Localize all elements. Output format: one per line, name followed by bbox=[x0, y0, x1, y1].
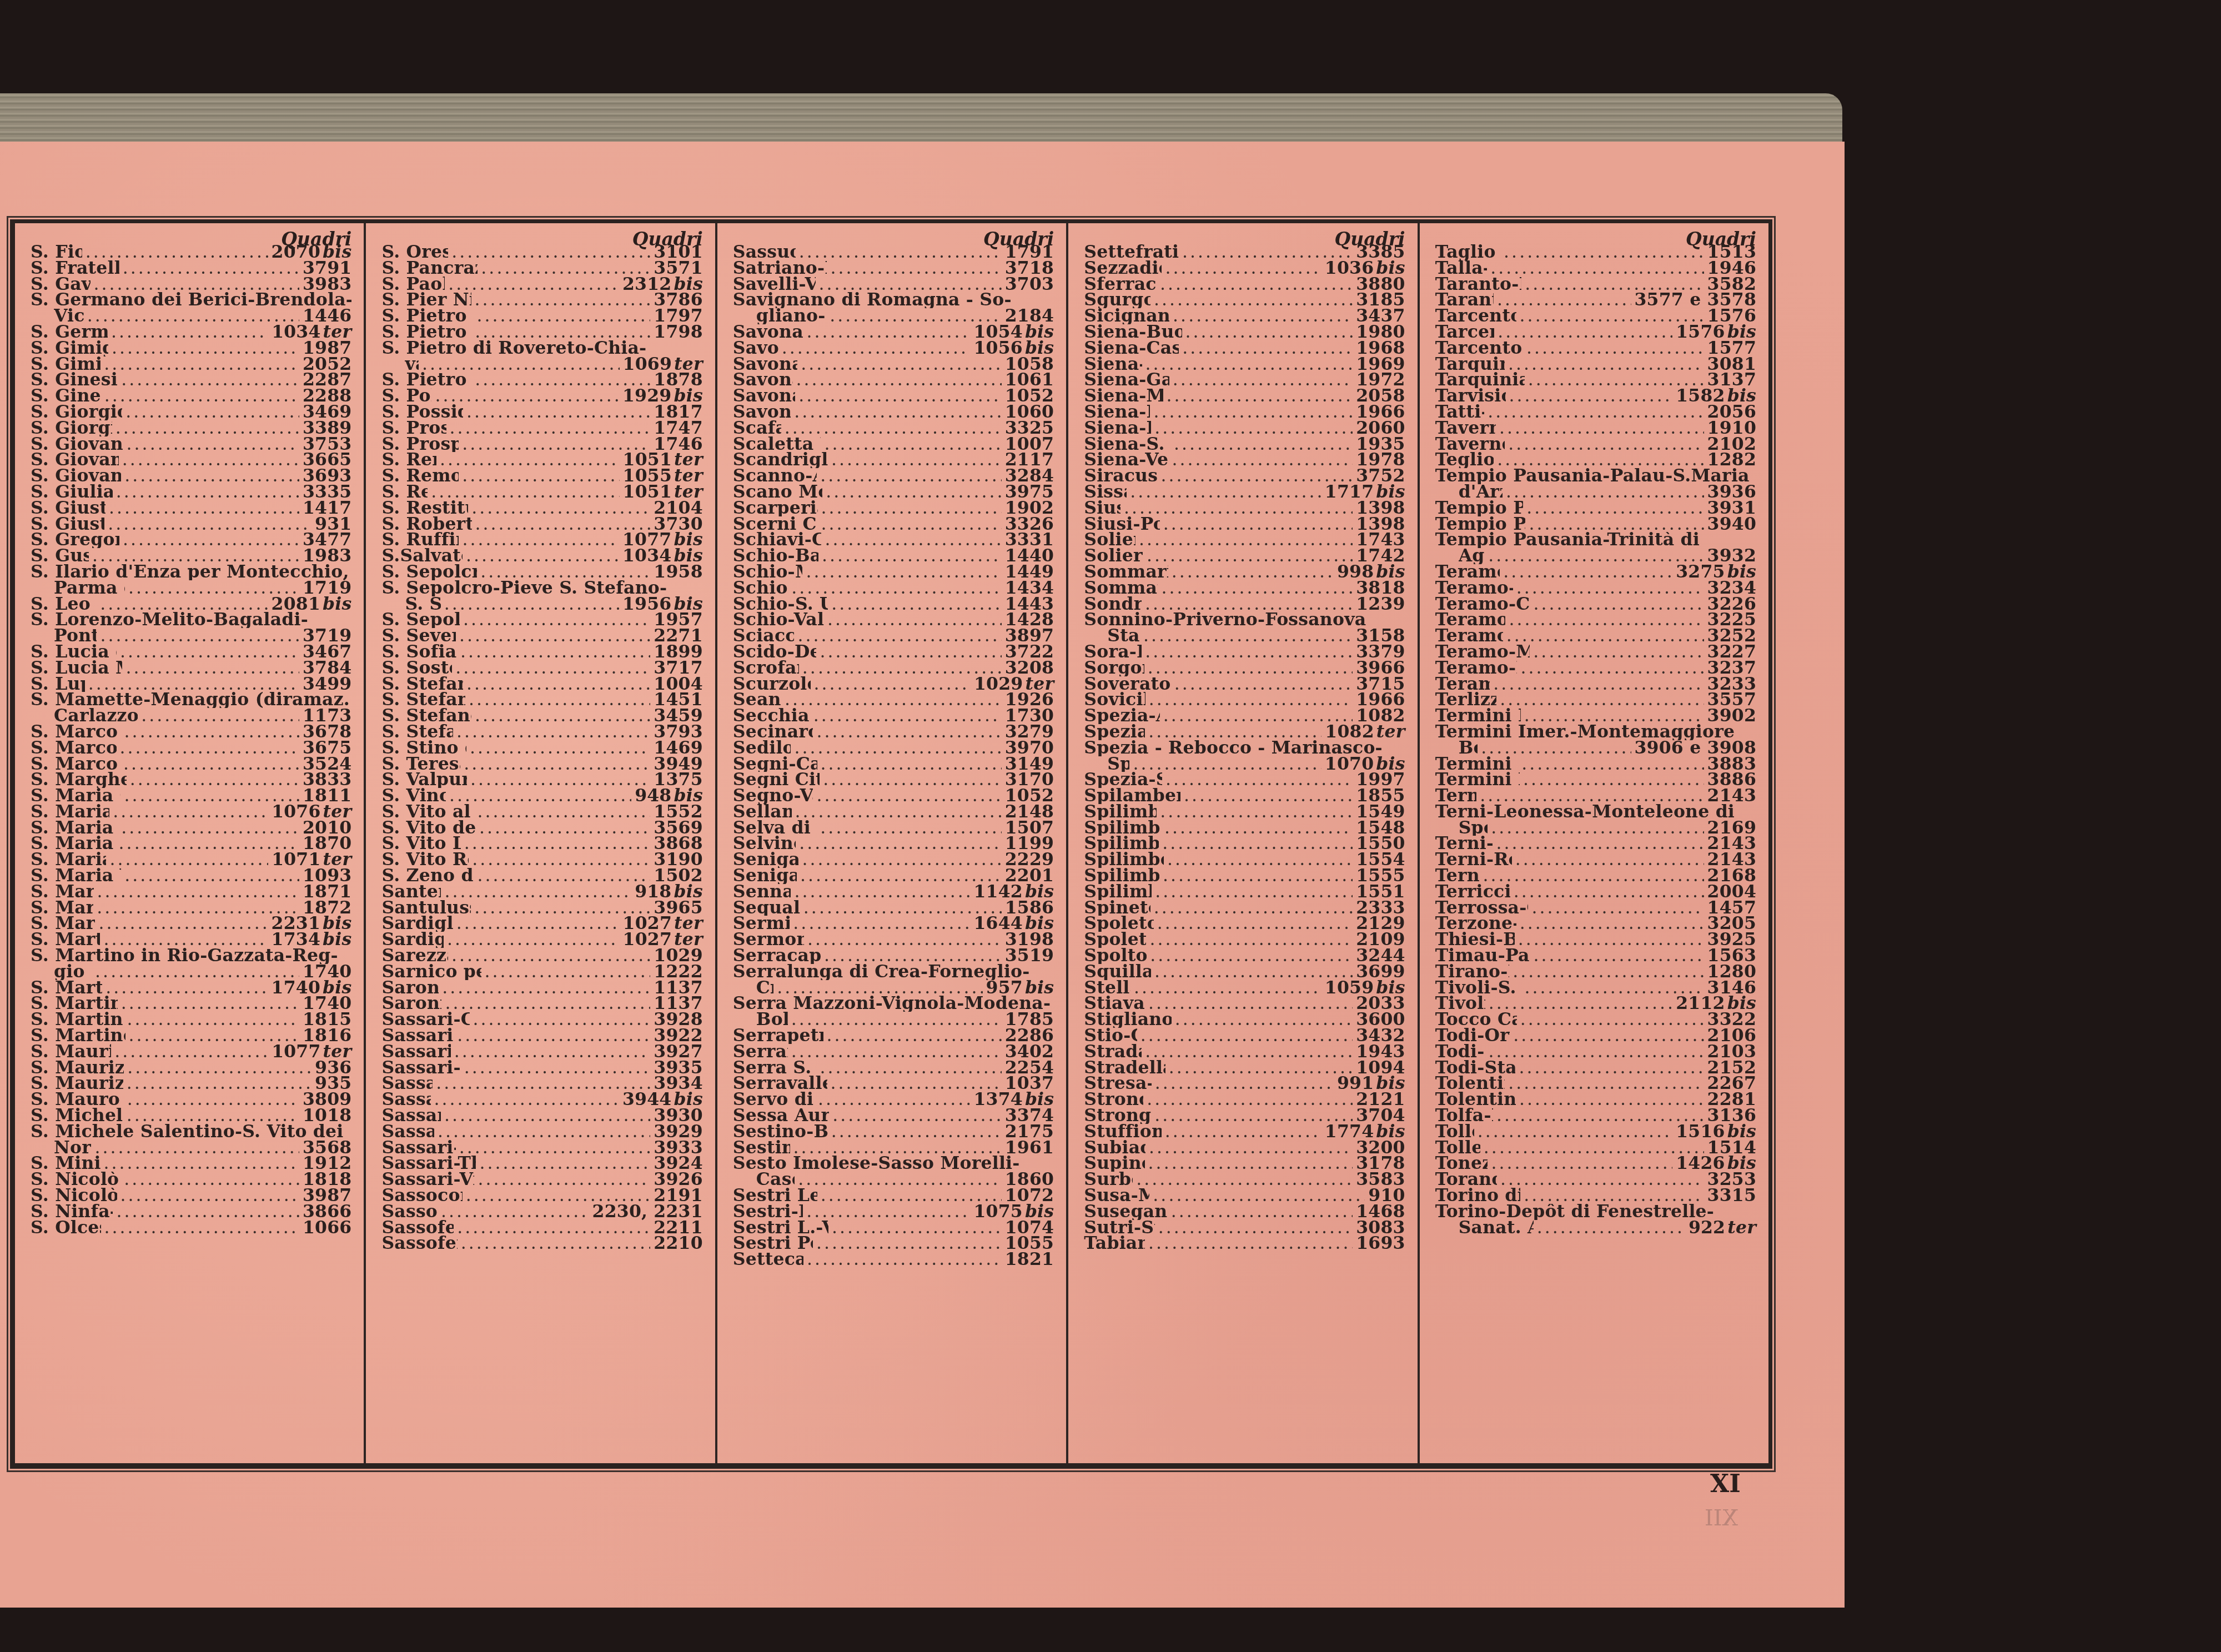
entry-name: Sestri-Levante-Chiavari bbox=[733, 1204, 803, 1220]
leader-dots bbox=[785, 692, 1002, 708]
entry-name: Soliera-Modena bbox=[1084, 548, 1143, 564]
leader-dots bbox=[1149, 1140, 1353, 1156]
leader-dots bbox=[1182, 340, 1353, 356]
leader-dots bbox=[806, 564, 1001, 580]
entry-name: Sassocorvaro-Mercatale bbox=[381, 1188, 462, 1204]
leader-dots bbox=[1148, 1236, 1353, 1252]
leader-dots bbox=[127, 1076, 311, 1092]
entry-name-continued: Sanat. Agnelli (Pra Catinat) bbox=[1459, 1220, 1534, 1236]
entry-name: Strada-Porrena bbox=[1084, 1044, 1142, 1060]
leader-dots bbox=[1491, 820, 1704, 836]
leader-dots bbox=[1509, 612, 1704, 628]
entry-name: Sassari-Chiaramonti bbox=[381, 1028, 454, 1044]
entry-name: Talla-Rassina bbox=[1435, 260, 1488, 277]
entry-name: S. Vito Romano-Genazzano bbox=[381, 852, 469, 868]
index-entry: Torino di Sangro-Stazione3315 bbox=[1435, 1188, 1756, 1204]
entry-name: Sgurgola-Stazione bbox=[1084, 292, 1150, 308]
entry-name: Schio-S. Ulderico-Bosco Tretto bbox=[733, 596, 828, 612]
leader-dots bbox=[98, 916, 268, 932]
leader-dots bbox=[1481, 740, 1631, 756]
leader-dots bbox=[444, 1108, 650, 1124]
leader-dots bbox=[831, 1124, 1002, 1140]
entry-name: Spezia-Albiano Magra bbox=[1084, 708, 1160, 724]
leader-dots bbox=[831, 596, 1002, 612]
leader-dots bbox=[1509, 388, 1673, 404]
leader-dots bbox=[1155, 884, 1353, 900]
entry-name: S. Prospero-Mirandola bbox=[381, 436, 459, 453]
leader-dots bbox=[92, 548, 299, 564]
entry-name: Tempio Pausania-Trinità di bbox=[1435, 532, 1700, 548]
entry-name: Tarcento-Vedronza bbox=[1435, 324, 1495, 340]
leader-dots bbox=[1149, 692, 1353, 708]
entry-name: S. Giovanni in Fiore-Cariati bbox=[31, 452, 119, 468]
leader-dots bbox=[791, 580, 1001, 596]
leader-dots bbox=[442, 980, 650, 996]
leader-dots bbox=[87, 308, 299, 324]
leader-dots bbox=[123, 260, 299, 277]
leader-dots bbox=[1480, 788, 1704, 804]
entry-name: Sorgono-Gadoni bbox=[1084, 660, 1144, 676]
entry-name: S. Remo-Nice bbox=[381, 484, 428, 500]
entry-name: Sassari-Villanova Monteleone bbox=[381, 1172, 474, 1188]
entry-name: Todi-Orvieto Stazione bbox=[1435, 1028, 1510, 1044]
index-entry: Savelli-Verzino-Strongoli3703 bbox=[733, 277, 1054, 293]
entry-name: Torino di Sangro-Stazione bbox=[1435, 1188, 1521, 1204]
entry-name: S. Michele-Pamparato e Viola bbox=[31, 1108, 123, 1124]
leader-dots bbox=[478, 1172, 650, 1188]
entry-name: Taglio di Po-Adria bbox=[1435, 244, 1500, 260]
leader-dots bbox=[1154, 292, 1353, 308]
leader-dots bbox=[464, 756, 650, 772]
leader-dots bbox=[120, 644, 299, 660]
leader-dots bbox=[103, 932, 268, 948]
entry-name: Serralunga di Crea-Forneglio- bbox=[733, 964, 1030, 980]
entry-name: Sissa-Parma bbox=[1084, 484, 1127, 500]
entry-name: S. Oreste-Stazione bbox=[381, 244, 448, 260]
entry-name-continued: Case Volta bbox=[756, 1172, 795, 1188]
entry-name: Schio-Valli Pasubio-Rovereto bbox=[733, 612, 824, 628]
leader-dots bbox=[1157, 916, 1353, 932]
entry-name: Settecani-Levizzano bbox=[733, 1252, 803, 1268]
entry-name: Sestri Ponente-Rivarolo bbox=[733, 1236, 813, 1252]
leader-dots bbox=[1145, 356, 1353, 373]
entry-name-continued: Spezia bbox=[1107, 756, 1129, 772]
leader-dots bbox=[450, 420, 651, 436]
entry-name: S. Martino in Rio-Reggio E bbox=[31, 996, 118, 1012]
index-entry: S. Gavino-Arbus3983 bbox=[31, 277, 351, 293]
leader-dots bbox=[105, 980, 268, 996]
entry-name: Scano Montif.-Tresnuraghes bbox=[733, 484, 822, 500]
entry-name: Sicignano-Sicignano Staz. bbox=[1084, 308, 1169, 324]
entry-name: Savona-Albissola-Ellera bbox=[733, 324, 803, 340]
leader-dots bbox=[462, 436, 650, 453]
entry-name: S. Sostene-Soverato bbox=[381, 660, 452, 676]
entry-name: S. Giovanni Gem.-Cammarata bbox=[31, 436, 123, 453]
index-entry: Surbo-Lecce3583 bbox=[1084, 1172, 1405, 1188]
leader-dots bbox=[456, 916, 620, 932]
entry-name: Savona-Cairo bbox=[733, 340, 778, 356]
entry-name: Sermoneta-Stazione bbox=[733, 932, 804, 948]
leader-dots bbox=[1496, 1108, 1704, 1124]
leader-dots bbox=[1533, 644, 1704, 660]
entry-name: Spilamberto-S.Cesario-Bologna bbox=[1084, 788, 1180, 804]
entry-name: S. Miniato-Stazione bbox=[31, 1156, 101, 1172]
entry-name: S. Maurizio-Front-Barbania bbox=[31, 1076, 123, 1092]
leader-dots bbox=[822, 548, 1002, 564]
leader-dots bbox=[785, 420, 1002, 436]
entry-name: Selvino-Bergamo bbox=[733, 836, 796, 852]
entry-name: Secinaro-Molina Aterno bbox=[733, 724, 813, 740]
leader-dots bbox=[1148, 660, 1353, 676]
entry-name: Sommatino-Canicattì bbox=[1084, 580, 1158, 596]
entry-name: Sonnino-Priverno-Fossanova bbox=[1084, 612, 1366, 628]
entry-name: Tolle-Adria bbox=[1435, 1124, 1474, 1140]
entry-name: Siena-S. Casciano-Firenze. bbox=[1084, 436, 1170, 453]
entry-table-number: 1082 bbox=[1325, 724, 1374, 740]
entry-name: S. Gusmè Siena bbox=[31, 548, 89, 564]
entry-name: Sassoferrato-Gubbio bbox=[381, 1220, 454, 1236]
leader-dots bbox=[124, 724, 299, 740]
leader-dots bbox=[459, 628, 650, 644]
entry-name: Teramo-Giulianova bbox=[1435, 628, 1503, 644]
entry-name: Tolentino Staz.-Sarnano bbox=[1435, 1092, 1516, 1108]
leader-dots bbox=[1153, 1188, 1365, 1204]
entry-name: Strongoli-Stazione bbox=[1084, 1108, 1151, 1124]
entry-name: S. Stino di Livenza-Caorle bbox=[381, 740, 466, 756]
leader-dots bbox=[793, 1140, 1002, 1156]
leader-dots bbox=[1496, 836, 1704, 852]
leader-dots bbox=[125, 404, 299, 420]
entry-name: Terni-Piediluco bbox=[1435, 836, 1493, 852]
entry-name: Spilimbergo-Pordenone bbox=[1084, 852, 1164, 868]
entry-name: Tolfa-Manziana bbox=[1435, 1108, 1493, 1124]
leader-dots bbox=[127, 1092, 299, 1108]
leader-dots bbox=[1497, 452, 1704, 468]
leader-dots bbox=[1493, 676, 1704, 692]
entry-name: Scandriglia-Fara Montelibretti bbox=[733, 452, 828, 468]
leader-dots bbox=[120, 1188, 299, 1204]
entry-name: Saronno-Milano bbox=[381, 996, 441, 1012]
leader-dots bbox=[1163, 516, 1353, 533]
entry-name: Sermide-Mantova bbox=[733, 916, 790, 932]
entry-name: Supino-Stazione bbox=[1084, 1156, 1144, 1172]
leader-dots bbox=[1488, 548, 1704, 564]
entry-name: Siusi-Ponte all' Isarco bbox=[1084, 516, 1159, 533]
leader-dots bbox=[1143, 628, 1353, 644]
leader-dots bbox=[462, 468, 619, 484]
entry-name: Sassari-Ottava bbox=[381, 1092, 430, 1108]
entry-name: Stuffione Passo-Mirandola. bbox=[1084, 1124, 1162, 1140]
entry-name: S. Fiora-Sorano bbox=[31, 244, 82, 260]
leader-dots bbox=[814, 676, 971, 692]
index-entry: S. Lupo-Telese3499 bbox=[31, 676, 351, 692]
leader-dots bbox=[820, 1060, 1001, 1076]
leader-dots bbox=[444, 884, 631, 900]
entry-name: Tempio P.-Terranova Marina. bbox=[1435, 516, 1526, 533]
leader-dots bbox=[121, 996, 299, 1012]
entry-name: S. Sepolcro-Verghereto bbox=[381, 612, 460, 628]
entry-table-number: 1239 bbox=[1356, 596, 1405, 612]
entry-name: S. Martino in Rio-Carpi bbox=[31, 932, 100, 948]
leader-dots bbox=[802, 852, 1001, 868]
entry-name: S. Stefano Cadore-Padola bbox=[381, 692, 465, 708]
leader-dots bbox=[794, 884, 970, 900]
entry-name: S. Pietro di Rovereto-Chia- bbox=[381, 340, 646, 356]
leader-dots bbox=[1130, 484, 1321, 500]
entry-name: Serracapriola-Chieuti Staz. bbox=[733, 948, 821, 964]
entry-name: Siena-Chiusure bbox=[1084, 356, 1142, 373]
leader-dots bbox=[1139, 532, 1353, 548]
leader-dots bbox=[1521, 756, 1704, 772]
leader-dots bbox=[1124, 500, 1353, 516]
entry-name: Savelli-Verzino-Strongoli bbox=[733, 277, 816, 293]
leader-dots bbox=[104, 388, 299, 404]
entry-name: Tivoli-S. Polo dei Cavalieri bbox=[1435, 980, 1521, 996]
leader-dots bbox=[1161, 580, 1353, 596]
leader-dots bbox=[1483, 868, 1704, 884]
leader-dots bbox=[1533, 948, 1704, 964]
entry-name: Siusi-Fiè bbox=[1084, 500, 1120, 516]
entry-name: S. Maria del Piano-Rimini bbox=[31, 836, 115, 852]
leader-dots bbox=[1518, 932, 1704, 948]
index-entry: S. Martino in Rio-Carpi1734bis bbox=[31, 932, 351, 948]
entry-name: S. Maurizio ai Monti-Rapallo bbox=[31, 1044, 111, 1060]
entry-name: S. Lorenzo-Melito-Bagaladi- bbox=[31, 612, 308, 628]
entry-name: Tivoli-Stazione bbox=[1435, 996, 1485, 1012]
index-entry: Sassoferrato-Stazione2210 bbox=[381, 1236, 702, 1252]
leader-dots bbox=[130, 772, 299, 788]
entry-name: S. Vincent Stazione bbox=[381, 788, 446, 804]
leader-dots bbox=[799, 244, 1002, 260]
entry-name: S. Ruffino di Leivi-Chiavari bbox=[381, 532, 459, 548]
leader-dots bbox=[438, 1124, 650, 1140]
entry-name: Sciacca-Palermo bbox=[733, 628, 795, 644]
entry-name: Segni-Carpineto-Priverno bbox=[733, 756, 817, 772]
entry-name: Sondrio-Chiesa bbox=[1084, 596, 1142, 612]
leader-dots bbox=[1503, 564, 1672, 580]
leader-dots bbox=[478, 804, 651, 820]
entry-name: Subiaco-Serrone bbox=[1084, 1140, 1145, 1156]
leader-dots bbox=[1514, 884, 1704, 900]
entry-name: Sassari-Castelsardo-Laerru bbox=[381, 1012, 469, 1028]
entry-name: S. Mauro Castelverde-Pollina. bbox=[31, 1092, 124, 1108]
entry-name: Savignano di Romagna - So- bbox=[733, 292, 1012, 308]
leader-dots bbox=[1524, 1188, 1704, 1204]
entry-name: Serrara-Ischia bbox=[733, 1044, 788, 1060]
leader-dots bbox=[127, 1060, 311, 1076]
leader-dots bbox=[95, 964, 299, 980]
entry-name: S. Vito Lo Capo-Trapani bbox=[381, 836, 460, 852]
entry-name: Teramo-Montorio al V.-Castelli bbox=[1435, 644, 1530, 660]
entry-name: Tempio Pausania-Palau-S.Maria bbox=[1435, 468, 1750, 484]
entry-table-number: 1983 bbox=[303, 548, 351, 564]
leader-dots bbox=[123, 532, 299, 548]
entry-name: Scanno-Anversa-Sulmona bbox=[733, 468, 817, 484]
index-column-3: QuadriSassuolo-Vignola1791Satriano-Davol… bbox=[717, 223, 1068, 1463]
leader-dots bbox=[827, 612, 1002, 628]
leader-dots bbox=[88, 676, 299, 692]
entry-name: S. Lucia Mela-S.Filippo Archi bbox=[31, 660, 122, 676]
entry-name: Settefrati-Settefrati Bivio Vico bbox=[1084, 244, 1179, 260]
entry-name: Sassari-Thiesi-Pozzomaggiore. bbox=[381, 1156, 476, 1172]
leader-dots bbox=[1500, 692, 1704, 708]
entry-name: Spoltore-Pescara bbox=[1084, 948, 1147, 964]
leader-dots bbox=[141, 708, 299, 724]
entry-name: Torino-Depôt di Fenestrelle- bbox=[1435, 1204, 1714, 1220]
leader-dots bbox=[104, 1220, 299, 1236]
leader-dots bbox=[112, 340, 299, 356]
entry-name: Sferracavallo-Capaci bbox=[1084, 277, 1157, 293]
entry-name: Stio-Capaccio bbox=[1084, 1028, 1137, 1044]
leader-dots bbox=[799, 836, 1002, 852]
leader-dots bbox=[434, 1092, 619, 1108]
entry-table-number: 1077 bbox=[272, 1044, 320, 1060]
entry-name: Torano-Tortoreto bbox=[1435, 1172, 1497, 1188]
leader-dots bbox=[1504, 244, 1704, 260]
leader-dots bbox=[120, 740, 299, 756]
leader-dots bbox=[473, 1012, 651, 1028]
entry-table-number: 1693 bbox=[1356, 1236, 1405, 1252]
entry-name-continued: S. Sepolcro bbox=[405, 596, 440, 612]
entry-name-continued: gliano-S. Agata Feltria bbox=[756, 308, 826, 324]
entry-name: Sassari-Sennori bbox=[381, 1108, 441, 1124]
leader-dots bbox=[464, 1060, 651, 1076]
leader-dots bbox=[824, 948, 1002, 964]
index-entry: Sondrio-Chiesa1239 bbox=[1084, 596, 1405, 612]
entry-name: Sardigliano-Novi Ligure bbox=[381, 916, 453, 932]
index-entry: S. Sepolcro-Mercatino Marecc.1958 bbox=[381, 564, 702, 580]
entry-name: Schio-Malo-Vicenza bbox=[733, 564, 803, 580]
leader-dots bbox=[436, 1076, 650, 1092]
entry-table-number: 3902 bbox=[1707, 708, 1756, 724]
entry-name: S. Ninfa-Salemi Stazione bbox=[31, 1204, 113, 1220]
entry-name-continued: Ponte Jelasi bbox=[54, 628, 97, 644]
leader-dots bbox=[451, 244, 650, 260]
entry-table-number: 3519 bbox=[1005, 948, 1054, 964]
entry-name: S. Polo Firenze bbox=[381, 388, 431, 404]
leader-dots bbox=[823, 772, 1001, 788]
entry-table-number: 2081 bbox=[272, 596, 320, 612]
index-table-frame: QuadriS. Fiora-Sorano2070bisS. Fratello-… bbox=[10, 219, 1772, 1469]
leader-dots bbox=[803, 900, 1002, 916]
entry-table-number: 3703 bbox=[1005, 277, 1054, 293]
leader-dots bbox=[124, 1172, 299, 1188]
leader-dots bbox=[818, 1092, 971, 1108]
leader-dots bbox=[1523, 772, 1704, 788]
leader-dots bbox=[466, 404, 650, 420]
entry-name: Teglio-Tresenda bbox=[1435, 452, 1494, 468]
entry-name: Serravalle Scrivia-Cabella Lig. bbox=[733, 1076, 827, 1092]
entry-name: Terni-Cesi bbox=[1435, 788, 1477, 804]
entry-name: Thiesi-Borutta-Torralba bbox=[1435, 932, 1515, 948]
entry-name: Sutri-Stazione Sutri bbox=[1084, 1220, 1155, 1236]
leader-dots bbox=[459, 1140, 651, 1156]
leader-dots bbox=[807, 1252, 1002, 1268]
leader-dots bbox=[1147, 548, 1353, 564]
leader-dots bbox=[466, 676, 650, 692]
entry-name: S. Pietro Capofiume-Bologna bbox=[381, 308, 473, 324]
entry-name: Sardigliano-Tortona bbox=[381, 932, 443, 948]
entry-name: Savona-Santuario bbox=[733, 356, 797, 373]
entry-name: Scido-Delianova-Bagnara bbox=[733, 644, 817, 660]
leader-dots bbox=[826, 484, 1002, 500]
entry-name: Stresa-Borgomanero bbox=[1084, 1076, 1152, 1092]
leader-dots bbox=[104, 1156, 299, 1172]
index-entry: S. Michele-Pamparato e Viola1018 bbox=[31, 1108, 351, 1124]
entry-name: Teramo-Fustagnano bbox=[1435, 612, 1506, 628]
leader-dots bbox=[1162, 836, 1353, 852]
entry-name: Savona-Varazze bbox=[733, 404, 791, 420]
leader-dots bbox=[1506, 484, 1704, 500]
entry-name: S. Maria Versa-Castel S. Gio. bbox=[31, 868, 121, 884]
leader-dots bbox=[801, 356, 1002, 373]
leader-dots bbox=[1498, 324, 1672, 340]
leader-dots bbox=[449, 788, 631, 804]
leader-dots bbox=[94, 1140, 299, 1156]
entry-name: Termini Imerese-Petralia bbox=[1435, 756, 1519, 772]
index-entry: S. Pietro Capofiume-Ferrara1798 bbox=[381, 324, 702, 340]
leader-dots bbox=[797, 628, 1001, 644]
entry-name: Sellano-Foligno bbox=[733, 804, 792, 820]
entry-name: Timau-Paluzza-Treppo Garnico bbox=[1435, 948, 1530, 964]
entry-name: S. Gregorio Magno-Buccino bbox=[31, 532, 119, 548]
leader-dots bbox=[457, 1220, 650, 1236]
entry-name: S. Stefano Belbo-Canelli bbox=[381, 676, 463, 692]
leader-dots bbox=[121, 372, 299, 388]
entry-name: Spilimbergo-Tramonti bbox=[1084, 868, 1159, 884]
entry-name: Sestino-Urbino bbox=[733, 1140, 790, 1156]
entry-name-continued: Vicenza bbox=[54, 308, 84, 324]
entry-name: Senigallia-Pesaro bbox=[733, 868, 797, 884]
entry-name: S. Nicolò (Argenta)-Bologna bbox=[31, 1172, 120, 1188]
entry-name: Sassoferrato-Stazione bbox=[381, 1236, 457, 1252]
index-entry: S. Gusmè Siena1983 bbox=[31, 548, 351, 564]
entry-name-continued: Spoleto bbox=[1459, 820, 1488, 836]
entry-name: S. Martino in Spino-Bondeno. bbox=[31, 1012, 123, 1028]
entry-name: Terni-Rocca S. Zenone bbox=[1435, 852, 1512, 868]
book-page-edges bbox=[0, 93, 1842, 144]
leader-dots bbox=[1497, 292, 1631, 308]
entry-name: Siena-Radicondoli bbox=[1084, 404, 1150, 420]
entry-name: Termini Imerese-Caccamo bbox=[1435, 708, 1521, 724]
entry-table-number: 1821 bbox=[1005, 1252, 1054, 1268]
leader-dots bbox=[1164, 820, 1353, 836]
entry-name: Siena-Gaiole-Montevarchi bbox=[1084, 372, 1169, 388]
entry-name: Terlizzi-Molfetta bbox=[1435, 692, 1497, 708]
leader-dots bbox=[1136, 1172, 1353, 1188]
entry-name: S. Ginesio-Tolentino bbox=[31, 388, 101, 404]
leader-dots bbox=[431, 484, 619, 500]
entry-name: Terni-Leonessa-Monteleone di bbox=[1435, 804, 1735, 820]
entry-name: Spezia-Portovenere bbox=[1084, 724, 1145, 740]
entry-name: Servo di Sovramonte-Fonzaso bbox=[733, 1092, 815, 1108]
leader-dots bbox=[1167, 852, 1353, 868]
entry-name: S. Maria del Campo-Rapallo bbox=[31, 804, 109, 820]
leader-dots bbox=[1185, 324, 1353, 340]
entry-name: Spezia-Sarzana-Avenza bbox=[1084, 772, 1162, 788]
leader-dots bbox=[1184, 788, 1353, 804]
leader-dots bbox=[113, 804, 268, 820]
entry-name: S. Mamette-Menaggio (diramaz. bbox=[31, 692, 350, 708]
entry-name: S. Michele Salentino-S. Vito dei bbox=[31, 1124, 343, 1140]
entry-name: Tarquinia-Porto Clementino bbox=[1435, 372, 1525, 388]
entry-name: Secchia-Reggio Emilia bbox=[733, 708, 810, 724]
leader-dots bbox=[795, 804, 1002, 820]
entry-name: S. Lupo-Telese bbox=[31, 676, 85, 692]
leader-dots bbox=[1145, 1044, 1353, 1060]
leader-dots bbox=[1516, 580, 1704, 596]
leader-dots bbox=[821, 500, 1002, 516]
